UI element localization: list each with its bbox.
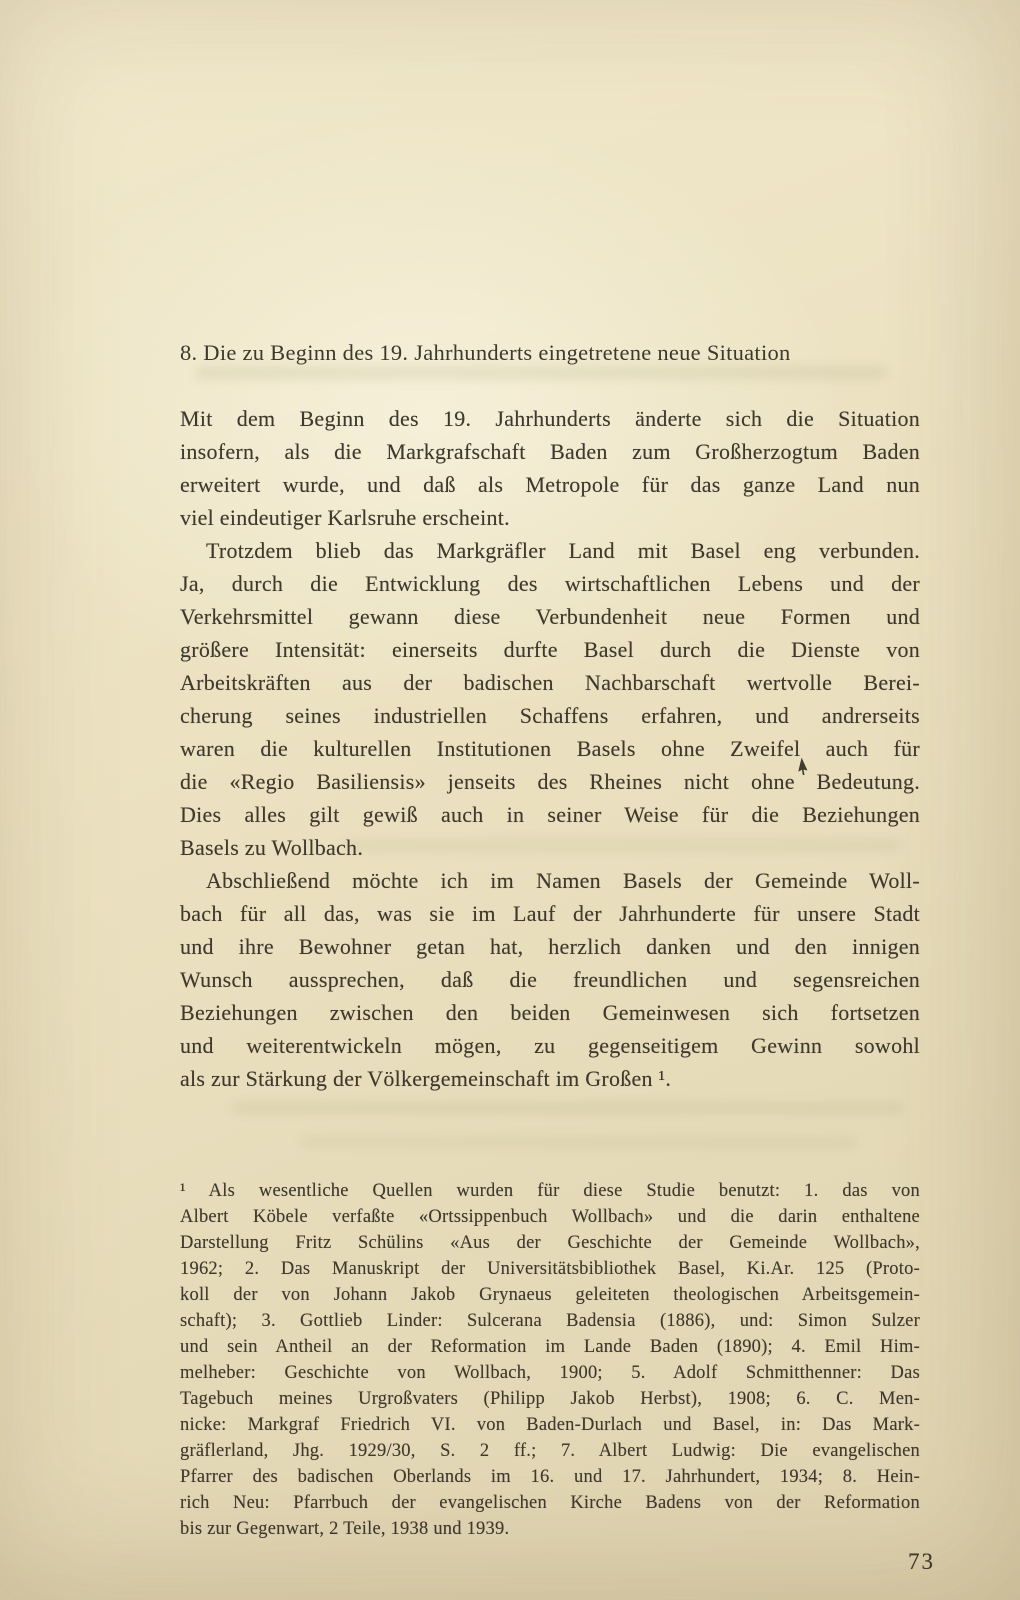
show-through-smudge (300, 1136, 858, 1148)
text-line: Albert Köbele verfaßte «Ortssippenbuch W… (180, 1204, 920, 1230)
text-line: Abschließend möchte ich im Namen Basels … (180, 864, 920, 897)
text-line: Beziehungen zwischen den beiden Gemeinwe… (180, 996, 920, 1029)
text-line: koll der von Johann Jakob Grynaeus gelei… (180, 1282, 920, 1308)
text-line: die «Regio Basiliensis» jenseits des Rhe… (180, 765, 920, 798)
text-line: 1962; 2. Das Manuskript der Universitäts… (180, 1256, 920, 1282)
paragraph-2: Trotzdem blieb das Markgräfler Land mit … (180, 534, 920, 864)
text-line: erweitert wurde, und daß als Metropole f… (180, 468, 920, 501)
text-line: als zur Stärkung der Völkergemeinschaft … (180, 1062, 920, 1095)
show-through-smudge (232, 1102, 904, 1114)
text-line: Arbeitskräften aus der badischen Nachbar… (180, 666, 920, 699)
text-line: Pfarrer des badischen Oberlands im 16. u… (180, 1464, 920, 1490)
text-line: Ja, durch die Entwicklung des wirtschaft… (180, 567, 920, 600)
text-line: ¹ Als wesentliche Quellen wurden für die… (180, 1178, 920, 1204)
paragraph-1: Mit dem Beginn des 19. Jahrhunderts ände… (180, 402, 920, 534)
text-line: Basels zu Wollbach. (180, 831, 920, 864)
text-line: rich Neu: Pfarrbuch der evangelischen Ki… (180, 1490, 920, 1516)
text-line: Trotzdem blieb das Markgräfler Land mit … (180, 534, 920, 567)
text-line: Dies alles gilt gewiß auch in seiner Wei… (180, 798, 920, 831)
text-line: Tagebuch meines Urgroßvaters (Philipp Ja… (180, 1386, 920, 1412)
text-line: waren die kulturellen Institutionen Base… (180, 732, 920, 765)
text-line: cherung seines industriellen Schaffens e… (180, 699, 920, 732)
paragraph-3: Abschließend möchte ich im Namen Basels … (180, 864, 920, 1095)
page-number: 73 (908, 1549, 935, 1575)
text-line: Wunsch aussprechen, daß die freundlichen… (180, 963, 920, 996)
text-line: bach für all das, was sie im Lauf der Ja… (180, 897, 920, 930)
text-line: und ihre Bewohner getan hat, herzlich da… (180, 930, 920, 963)
page-content: 8. Die zu Beginn des 19. Jahrhunderts ei… (180, 336, 920, 1095)
scanned-book-page: 8. Die zu Beginn des 19. Jahrhunderts ei… (0, 0, 1020, 1600)
text-line: melheber: Geschichte von Wollbach, 1900;… (180, 1360, 920, 1386)
text-line: insofern, als die Markgrafschaft Baden z… (180, 435, 920, 468)
text-line: Darstellung Fritz Schülins «Aus der Gesc… (180, 1230, 920, 1256)
footnote-block: ¹ Als wesentliche Quellen wurden für die… (180, 1178, 920, 1542)
section-heading: 8. Die zu Beginn des 19. Jahrhunderts ei… (180, 336, 920, 369)
text-line: nicke: Markgraf Friedrich VI. von Baden-… (180, 1412, 920, 1438)
text-line: größere Intensität: einerseits durfte Ba… (180, 633, 920, 666)
text-line: und sein Antheil an der Reformation im L… (180, 1334, 920, 1360)
text-line: bis zur Gegenwart, 2 Teile, 1938 und 193… (180, 1516, 920, 1542)
text-line: Verkehrsmittel gewann diese Verbundenhei… (180, 600, 920, 633)
text-line: Mit dem Beginn des 19. Jahrhunderts ände… (180, 402, 920, 435)
text-line: schaft); 3. Gottlieb Linder: Sulcerana B… (180, 1308, 920, 1334)
text-line: und weiterentwickeln mögen, zu gegenseit… (180, 1029, 920, 1062)
text-line: gräflerland, Jhg. 1929/30, S. 2 ff.; 7. … (180, 1438, 920, 1464)
text-line: viel eindeutiger Karlsruhe erscheint. (180, 501, 920, 534)
